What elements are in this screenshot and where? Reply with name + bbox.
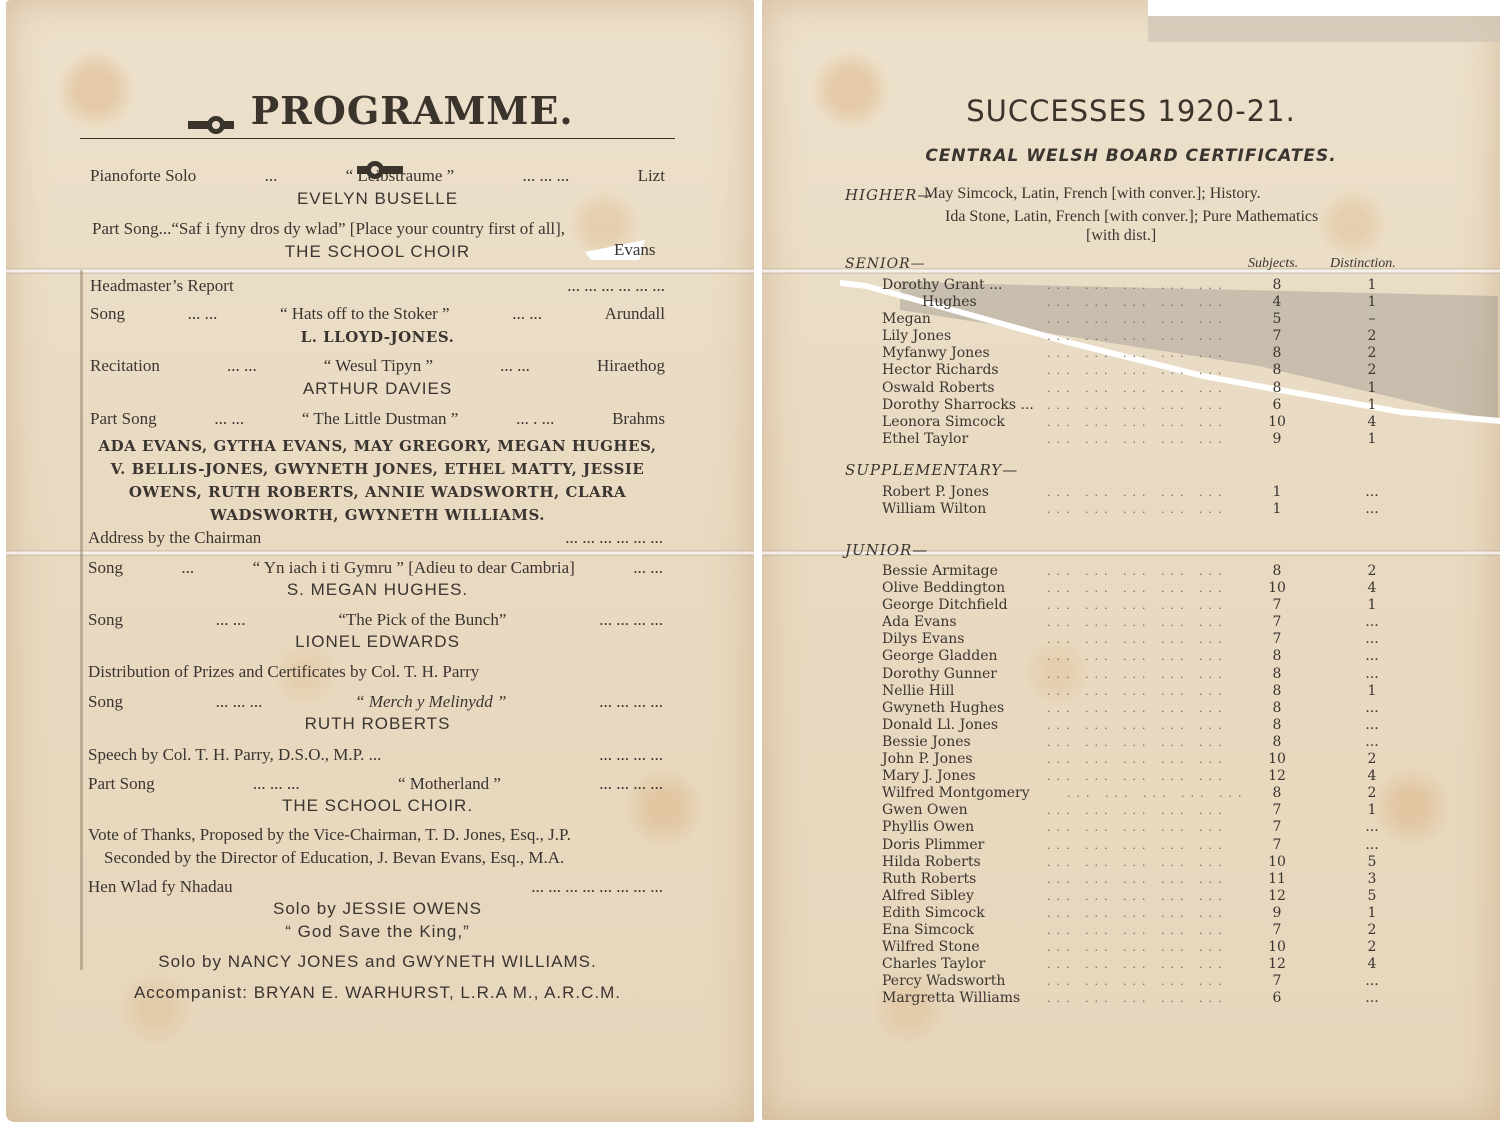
programme-item-continued: Seconded by the Director of Education, J… xyxy=(104,848,564,868)
table-row: Robert P. Jones... ... ... ... ...1... xyxy=(882,484,1392,501)
programme-item: Address by the Chairman ... ... ... ... … xyxy=(88,528,663,548)
table-row: Lily Jones... ... ... ... ...72 xyxy=(882,328,1392,345)
table-row: Megan... ... ... ... ...5– xyxy=(882,311,1392,328)
performer: ARTHUR DAVIES xyxy=(80,379,675,399)
performers-line: ADA EVANS, GYTHA EVANS, MAY GREGORY, MEG… xyxy=(80,437,675,455)
performer: S. MEGAN HUGHES. xyxy=(80,580,675,600)
table-row: Nellie Hill... ... ... ... ...81 xyxy=(882,683,1392,700)
table-row: Ena Simcock... ... ... ... ...72 xyxy=(882,922,1392,939)
programme-item: Song ... ... ... “ Merch y Melinydd ” ..… xyxy=(88,692,663,712)
accompanist-line: Accompanist: BRYAN E. WARHURST, L.R.A M.… xyxy=(80,983,675,1003)
junior-table: Bessie Armitage... ... ... ... ...82 Oli… xyxy=(882,563,1392,1007)
table-row: Dilys Evans... ... ... ... ...7... xyxy=(882,631,1392,648)
programme-item: Part Song ... ... “ The Little Dustman ”… xyxy=(90,409,665,429)
supplementary-label: SUPPLEMENTARY— xyxy=(845,461,1018,479)
table-row: Dorothy Sharrocks ...... ... ... ... ...… xyxy=(882,397,1392,414)
table-row: Ruth Roberts... ... ... ... ...113 xyxy=(882,871,1392,888)
fold-line-left-top xyxy=(6,268,754,274)
table-row: Hector Richards... ... ... ... ...82 xyxy=(882,362,1392,379)
programme-item: Hen Wlad fy Nhadau ... ... ... ... ... .… xyxy=(88,877,663,897)
table-row: Wilfred Montgomery... ... ... ... ...82 xyxy=(882,785,1392,802)
programme-item: Speech by Col. T. H. Parry, D.S.O., M.P.… xyxy=(88,745,663,765)
programme-item: Vote of Thanks, Proposed by the Vice-Cha… xyxy=(88,825,571,845)
higher-line: [with dist.] xyxy=(1086,227,1156,245)
table-row: Alfred Sibley... ... ... ... ...125 xyxy=(882,888,1392,905)
junior-label: JUNIOR— xyxy=(845,541,928,559)
successes-title: SUCCESSES 1920-21. xyxy=(762,94,1500,128)
table-row: Doris Plimmer... ... ... ... ...7... xyxy=(882,837,1392,854)
table-row: Oswald Roberts... ... ... ... ...81 xyxy=(882,380,1392,397)
performer: RUTH ROBERTS xyxy=(80,714,675,734)
performer: Solo by JESSIE OWENS xyxy=(80,899,675,919)
table-row: Phyllis Owen... ... ... ... ...7... xyxy=(882,819,1392,836)
table-row: Ethel Taylor... ... ... ... ...91 xyxy=(882,431,1392,448)
senior-table: Dorothy Grant ...... ... ... ... ...81 H… xyxy=(882,277,1392,448)
higher-line: Ida Stone, Latin, French [with conver.];… xyxy=(945,208,1318,226)
performers-line: WADSWORTH, GWYNETH WILLIAMS. xyxy=(80,506,675,524)
performer: THE SCHOOL CHOIR. xyxy=(80,796,675,816)
programme-item: Pianoforte Solo ... “ Leibstraume ” ... … xyxy=(90,166,665,186)
table-row: Myfanwy Jones... ... ... ... ...82 xyxy=(882,345,1392,362)
programme-item: Song ... “ Yn iach i ti Gymru ” [Adieu t… xyxy=(88,558,663,578)
fold-line-vertical xyxy=(80,270,83,970)
table-row: Donald Ll. Jones... ... ... ... ...8... xyxy=(882,717,1392,734)
solo-line: Solo by NANCY JONES and GWYNETH WILLIAMS… xyxy=(80,952,675,972)
distinction-header: Distinction. xyxy=(1330,256,1396,272)
programme-item: Distribution of Prizes and Certificates … xyxy=(88,662,479,682)
anthem-line: “ God Save the King,” xyxy=(80,922,675,942)
table-row: Edith Simcock... ... ... ... ...91 xyxy=(882,905,1392,922)
table-row: Dorothy Gunner... ... ... ... ...8... xyxy=(882,666,1392,683)
performers-line: V. BELLIS-JONES, GWYNETH JONES, ETHEL MA… xyxy=(80,460,675,478)
table-row: Wilfred Stone... ... ... ... ...102 xyxy=(882,939,1392,956)
performer: L. LLOYD-JONES. xyxy=(80,328,675,346)
torn-top-edge xyxy=(1148,12,1500,42)
table-row: George Ditchfield... ... ... ... ...71 xyxy=(882,597,1392,614)
table-row: Percy Wadsworth... ... ... ... ...7... xyxy=(882,973,1392,990)
table-row: George Gladden... ... ... ... ...8... xyxy=(882,648,1392,665)
programme-item: Headmaster’s Report ... ... ... ... ... … xyxy=(90,276,665,296)
table-row: Gwyneth Hughes... ... ... ... ...8... xyxy=(882,700,1392,717)
title-rule xyxy=(80,138,675,139)
ornament-left-icon xyxy=(186,102,236,128)
table-row: Mary J. Jones... ... ... ... ...124 xyxy=(882,768,1392,785)
board-subtitle: CENTRAL WELSH BOARD CERTIFICATES. xyxy=(762,146,1500,166)
supplementary-table: Robert P. Jones... ... ... ... ...1... W… xyxy=(882,484,1392,518)
table-row: Leonora Simcock... ... ... ... ...104 xyxy=(882,414,1392,431)
table-row: Hughes... ... ... ... ...41 xyxy=(882,294,1392,311)
table-row: Hilda Roberts... ... ... ... ...105 xyxy=(882,854,1392,871)
performer: LIONEL EDWARDS xyxy=(80,632,675,652)
programme-item: Recitation ... ... “ Wesul Tipyn ” ... .… xyxy=(90,356,665,376)
table-row: Dorothy Grant ...... ... ... ... ...81 xyxy=(882,277,1392,294)
programme-item: Song ... ... “The Pick of the Bunch” ...… xyxy=(88,610,663,630)
performers-line: OWENS, RUTH ROBERTS, ANNIE WADSWORTH, CL… xyxy=(80,483,675,501)
performer: THE SCHOOL CHOIR xyxy=(80,242,675,262)
composer: Evans xyxy=(614,240,656,260)
senior-label: SENIOR— xyxy=(845,256,926,272)
performer: EVELYN BUSELLE xyxy=(80,189,675,209)
table-row: John P. Jones... ... ... ... ...102 xyxy=(882,751,1392,768)
subjects-header: Subjects. xyxy=(1248,256,1298,272)
programme-item: Part Song...“Saf i fyny dros dy wlad” [P… xyxy=(92,219,565,239)
table-row: Bessie Jones... ... ... ... ...8... xyxy=(882,734,1392,751)
table-row: Charles Taylor... ... ... ... ...124 xyxy=(882,956,1392,973)
programme-item: Song ... ... “ Hats off to the Stoker ” … xyxy=(90,304,665,324)
table-row: Margretta Williams... ... ... ... ...6..… xyxy=(882,990,1392,1007)
higher-label: HIGHER— xyxy=(845,186,933,204)
table-row: William Wilton... ... ... ... ...1... xyxy=(882,501,1392,518)
table-row: Gwen Owen... ... ... ... ...71 xyxy=(882,802,1392,819)
table-row: Ada Evans... ... ... ... ...7... xyxy=(882,614,1392,631)
missing-corner xyxy=(1148,0,1500,16)
programme-title: PROGRAMME. xyxy=(170,88,590,178)
table-row: Olive Beddington... ... ... ... ...104 xyxy=(882,580,1392,597)
programme-item: Part Song ... ... ... “ Motherland ” ...… xyxy=(88,774,663,794)
table-row: Bessie Armitage... ... ... ... ...82 xyxy=(882,563,1392,580)
fold-line-left-middle xyxy=(6,550,754,556)
higher-line: May Simcock, Latin, French [with conver.… xyxy=(924,185,1261,203)
